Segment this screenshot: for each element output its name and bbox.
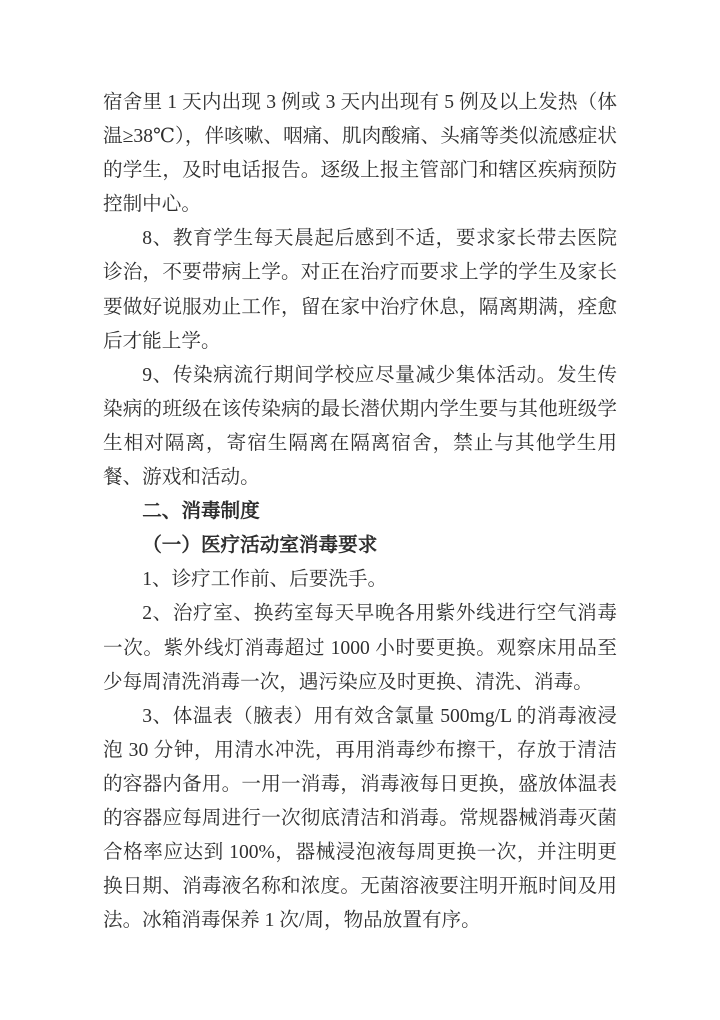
paragraph-item-8-student-health-education: 8、教育学生每天晨起后感到不适，要求家长带去医院诊治，不要带病上学。对正在治疗而… <box>103 222 617 358</box>
paragraph-item-2-uv-air-disinfection: 2、治疗室、换药室每天早晚各用紫外线进行空气消毒一次。紫外线灯消毒超过 1000… <box>103 597 617 699</box>
paragraph-item-9-epidemic-activity-reduction: 9、传染病流行期间学校应尽量减少集体活动。发生传染病的班级在该传染病的最长潜伏期… <box>103 359 617 495</box>
paragraph-item-1-hand-washing: 1、诊疗工作前、后要洗手。 <box>103 563 617 597</box>
subsection-heading-medical-room-requirements: （一）医疗活动室消毒要求 <box>103 529 617 563</box>
paragraph-continuation-dormitory-report: 宿舍里 1 天内出现 3 例或 3 天内出现有 5 例及以上发热（体温≥38℃）… <box>103 86 617 222</box>
section-heading-disinfection-system: 二、消毒制度 <box>103 495 617 529</box>
document-page: 宿舍里 1 天内出现 3 例或 3 天内出现有 5 例及以上发热（体温≥38℃）… <box>0 0 720 1020</box>
document-text-block: 宿舍里 1 天内出现 3 例或 3 天内出现有 5 例及以上发热（体温≥38℃）… <box>103 86 617 938</box>
paragraph-item-3-thermometer-disinfection: 3、体温表（腋表）用有效含氯量 500mg/L 的消毒液浸泡 30 分钟，用清水… <box>103 700 617 939</box>
